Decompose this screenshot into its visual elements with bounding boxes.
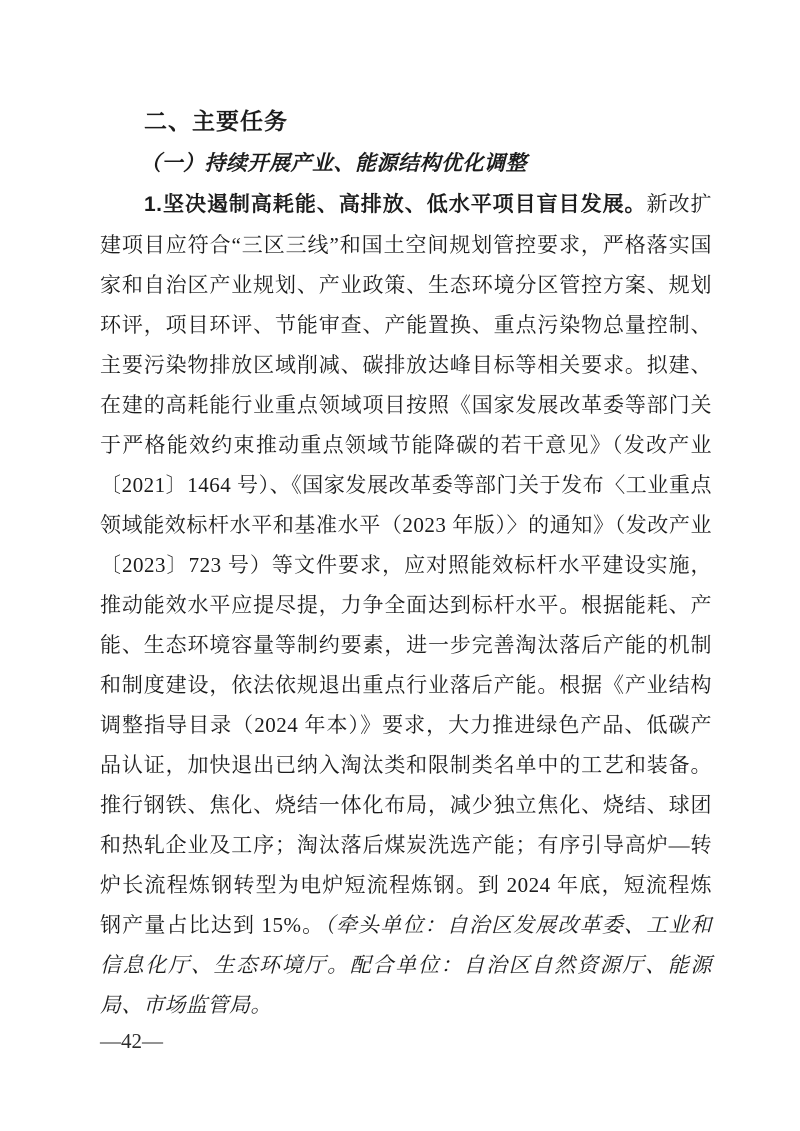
subsection-heading: （一）持续开展产业、能源结构优化调整 [100,142,712,184]
paragraph-1-body-text: 新改扩建项目应符合“三区三线”和国土空间规划管控要求，严格落实国家和自治区产业规… [100,192,712,937]
paragraph-1: 1.坚决遏制高耗能、高排放、低水平项目盲目发展。新改扩建项目应符合“三区三线”和… [100,184,712,1025]
paragraph-1-lead-sentence: 1.坚决遏制高耗能、高排放、低水平项目盲目发展。 [144,193,647,216]
page-number: —42— [100,1026,163,1056]
page-content: 二、主要任务 （一）持续开展产业、能源结构优化调整 1.坚决遏制高耗能、高排放、… [100,100,712,1025]
section-heading: 二、主要任务 [100,100,712,142]
document-page: 二、主要任务 （一）持续开展产业、能源结构优化调整 1.坚决遏制高耗能、高排放、… [0,0,800,1131]
